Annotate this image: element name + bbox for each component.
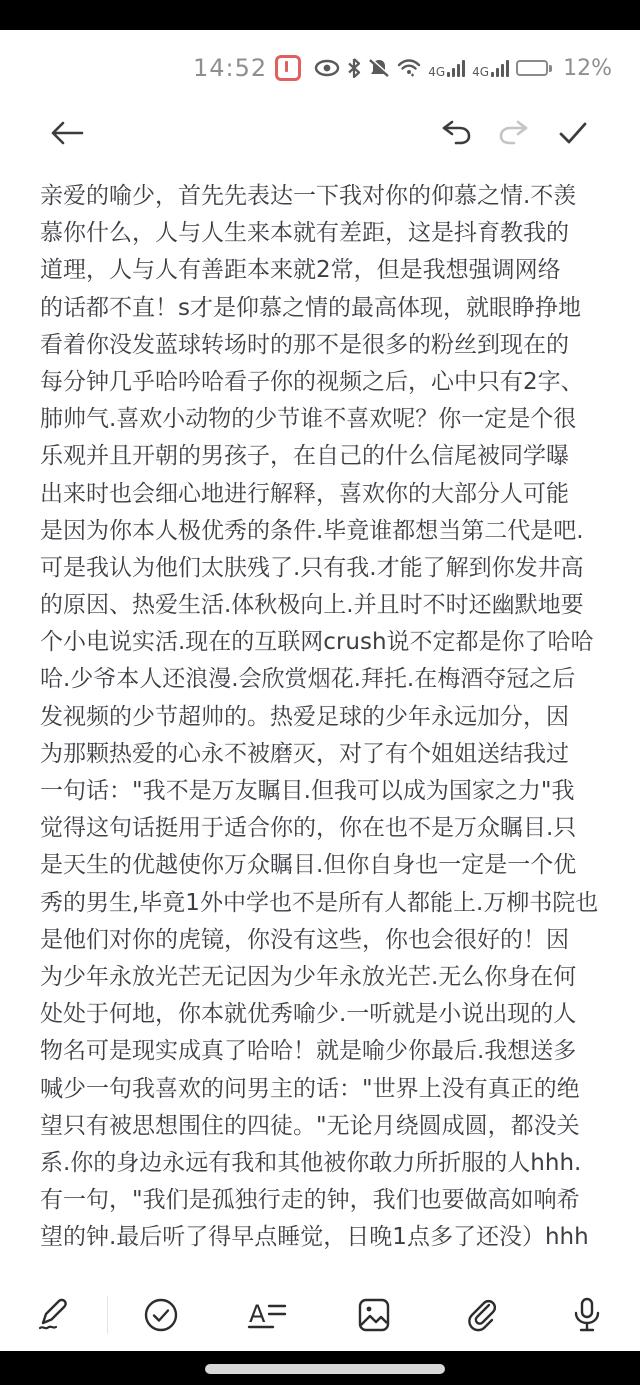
note-line: 的原因、热爱生活.体秋极向上.并且时不时还幽默地要	[40, 587, 605, 624]
note-line: 出来时也会细心地进行解释，喜欢你的大部分人可能	[40, 476, 605, 513]
undo-icon[interactable]	[440, 119, 472, 147]
note-line: 系.你的身边永远有我和其他被你敢力所折服的人hhh.	[40, 1145, 605, 1182]
eye-icon	[314, 59, 340, 77]
note-line: 是天生的优越使你万众瞩目.但你自身也一定是一个优	[40, 847, 605, 884]
bottom-letterbox-bar	[0, 1351, 640, 1385]
note-line: 一句话："我不是万友瞩目.但我可以成为国家之力"我	[40, 773, 605, 810]
note-line: 望只有被思想围住的四徒。"无论月绕圆成圆，都没关	[40, 1108, 605, 1145]
redo-icon[interactable]	[498, 119, 530, 147]
bluetooth-icon	[347, 58, 361, 78]
note-line: 道理，人与人有善距本来就2常，但是我想强调网络	[40, 252, 605, 289]
note-body[interactable]: 亲爱的喻少，首先先表达一下我对你的仰慕之情.不羡慕你什么，人与人生来本就有差距，…	[40, 178, 605, 1256]
note-line: 看着你没发蓝球转场时的那不是很多的粉丝到现在的	[40, 327, 605, 364]
signal-4g-icon: 4G	[428, 60, 465, 77]
note-line: 个小电说实活.现在的互联网crush说不定都是你了哈哈	[40, 624, 605, 661]
svg-text:A: A	[249, 1300, 266, 1328]
wifi-icon	[397, 58, 421, 78]
insert-image-icon[interactable]	[321, 1295, 428, 1335]
note-line: 处处于何地，你本就优秀喻少.一听就是小说出现的人	[40, 996, 605, 1033]
editor-toolbar	[0, 103, 640, 163]
clock-text: 14:52	[193, 54, 267, 82]
formatting-toolbar: A	[0, 1283, 640, 1347]
note-line: 秀的男生,毕竟1外中学也不是所有人都能上.万柳书院也	[40, 885, 605, 922]
note-line: 为那颗热爱的心永不被磨灭，对了有个姐姐送结我过	[40, 736, 605, 773]
status-bar: 14:52 4G 4G	[0, 48, 640, 88]
note-line: 的话都不直！s才是仰慕之情的最高体现，就眼睁挣地	[40, 290, 605, 327]
note-line: 慕你什么，人与人生来本就有差距，这是抖育教我的	[40, 215, 605, 252]
screen-record-icon	[275, 55, 301, 81]
confirm-check-icon[interactable]	[556, 119, 590, 147]
note-line: 可是我认为他们太肤残了.只有我.才能了解到你发井高	[40, 550, 605, 587]
note-line: 有一句，"我们是孤独行走的钟，我们也要做高如响希	[40, 1182, 605, 1219]
status-icons: 4G 4G 12%	[314, 56, 612, 81]
note-line: 是他们对你的虎镜，你没有这些，你也会很好的！因	[40, 922, 605, 959]
note-line: 喊少一句我喜欢的问男主的话："世界上没有真正的绝	[40, 1071, 605, 1108]
note-line: 肺帅气.喜欢小动物的少节谁不喜欢呢？你一定是个很	[40, 401, 605, 438]
signal-4g-icon: 4G	[472, 60, 509, 77]
note-line: 亲爱的喻少，首先先表达一下我对你的仰慕之情.不羡	[40, 178, 605, 215]
note-line: 发视频的少节超帅的。热爱足球的少年永远加分，因	[40, 699, 605, 736]
note-line: 是因为你本人极优秀的条件.毕竟谁都想当第二代是吧.	[40, 513, 605, 550]
text-format-icon[interactable]: A	[214, 1295, 321, 1335]
note-line: 乐观并且开朝的男孩子，在自己的什么信尾被同学曝	[40, 438, 605, 475]
handwriting-pen-icon[interactable]	[0, 1295, 107, 1335]
notes-app-screen: 14:52 4G 4G	[0, 0, 640, 1385]
back-arrow-icon[interactable]	[48, 118, 86, 148]
mute-icon	[368, 58, 390, 78]
home-indicator[interactable]	[205, 1364, 445, 1374]
note-line: 觉得这句话挺用于适合你的，你在也不是万众瞩目.只	[40, 810, 605, 847]
battery-icon	[516, 60, 552, 76]
attachment-icon[interactable]	[427, 1295, 534, 1335]
note-line: 望的钟.最后听了得早点睡觉，日晚1点多了还没）hhh	[40, 1219, 605, 1256]
microphone-icon[interactable]	[534, 1295, 640, 1335]
battery-percent-text: 12%	[563, 56, 612, 81]
note-line: 为少年永放光芒无记因为少年永放光芒.无么你身在何	[40, 959, 605, 996]
top-letterbox-bar	[0, 0, 640, 30]
note-line: 哈.少爷本人还浪漫.会欣赏烟花.拜托.在梅酒夺冠之后	[40, 661, 605, 698]
note-line: 物名可是现实成真了哈哈！就是喻少你最后.我想送多	[40, 1033, 605, 1070]
todo-check-icon[interactable]	[108, 1295, 215, 1335]
note-line: 每分钟几乎哈吟哈看子你的视频之后，心中只有2字、	[40, 364, 605, 401]
